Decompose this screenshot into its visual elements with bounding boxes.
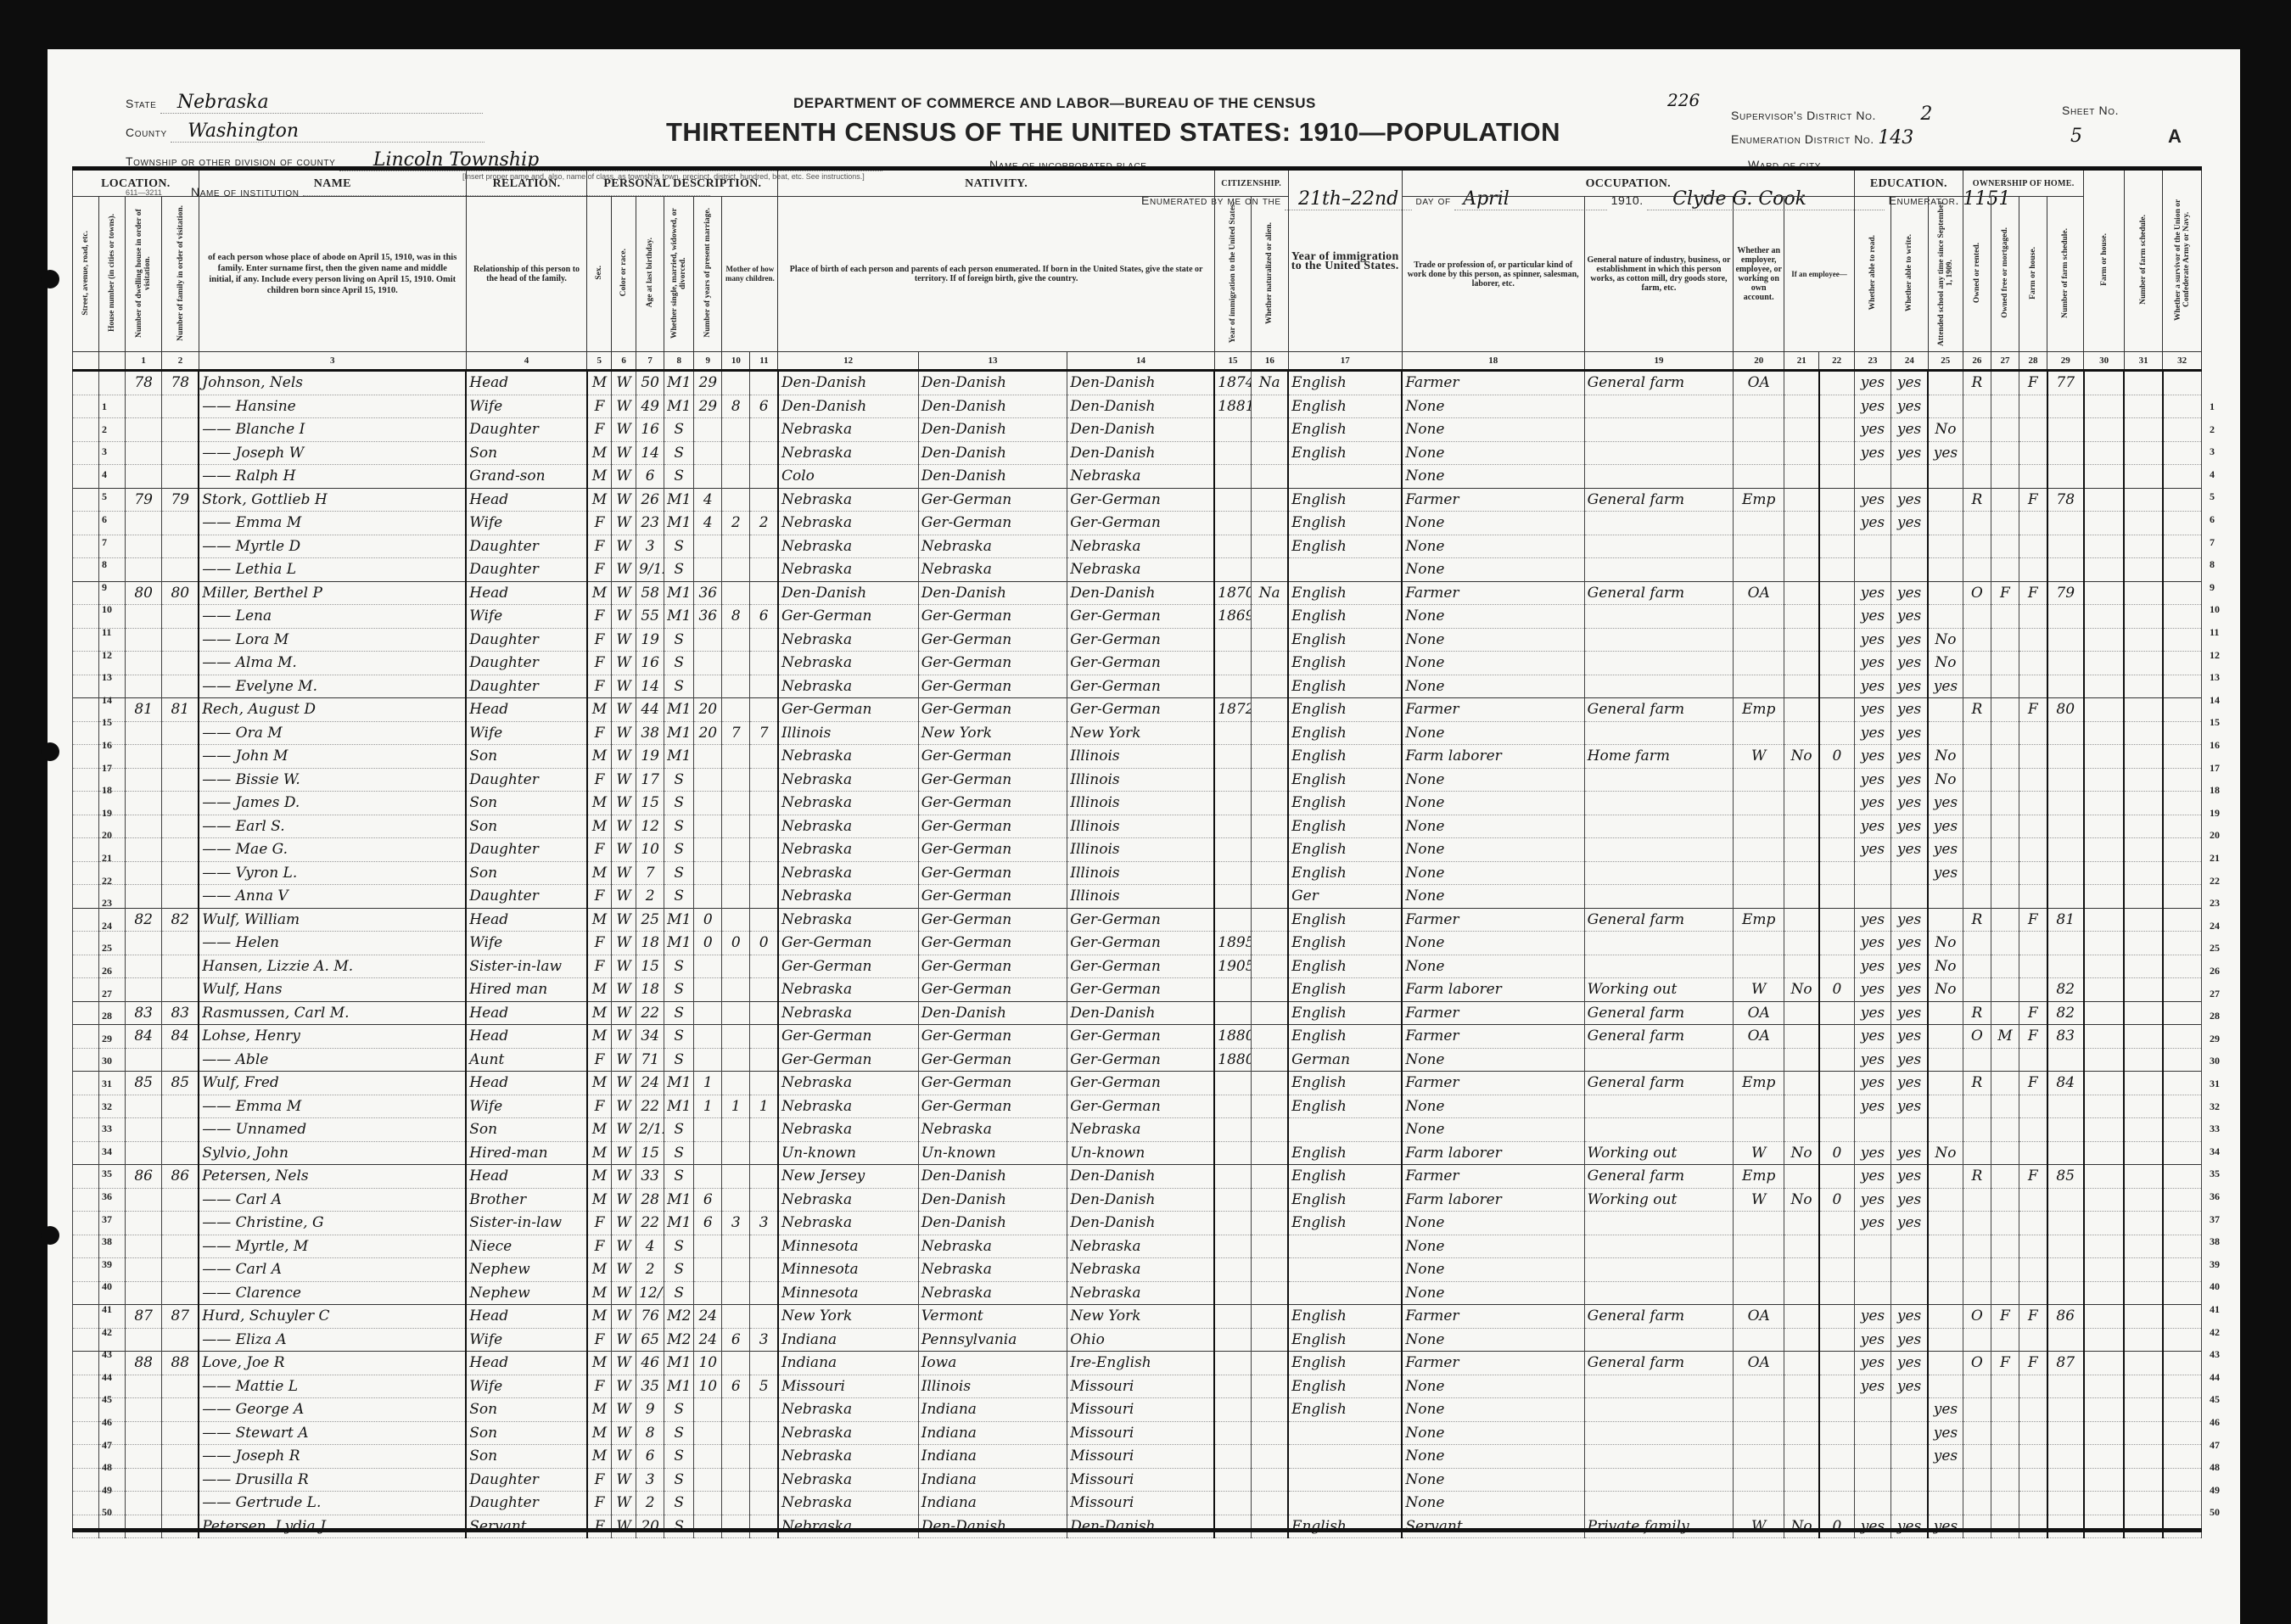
cell-race: W xyxy=(612,371,636,395)
column-number: 32 xyxy=(2163,352,2202,371)
column-number: 12 xyxy=(778,352,918,371)
cell-street xyxy=(73,1165,99,1189)
line-number: 33 xyxy=(2210,1123,2291,1135)
cell-dwelling-number: 78 xyxy=(125,371,161,395)
cell-children-born xyxy=(722,371,750,395)
cell-marital-status: M1 xyxy=(664,371,694,395)
col-17-header: Year of immigration to the United States… xyxy=(1288,169,1402,352)
cell-street xyxy=(73,488,99,512)
cell-street xyxy=(73,581,99,605)
column-number: 3 xyxy=(199,352,466,371)
cell-occupation: Farmer xyxy=(1402,371,1584,395)
cell-attended-school xyxy=(1928,371,1963,395)
line-number: 13 xyxy=(102,671,2291,684)
line-number: 17 xyxy=(102,762,2291,775)
cell-weeks-out xyxy=(1819,371,1854,395)
cell-blind xyxy=(2124,371,2162,395)
cell-street xyxy=(73,1048,99,1072)
line-number: 3 xyxy=(102,445,2291,458)
group-nativity: NATIVITY. xyxy=(778,169,1214,197)
group-name: NAME xyxy=(199,169,466,197)
column-number: 30 xyxy=(2084,352,2125,371)
line-number: 44 xyxy=(2210,1371,2291,1384)
cell-street xyxy=(73,721,99,745)
line-number: 6 xyxy=(102,513,2291,526)
line-number: 8 xyxy=(2210,558,2291,571)
column-number: 31 xyxy=(2124,352,2162,371)
cell-sex: M xyxy=(587,371,612,395)
cell-street xyxy=(73,1445,99,1469)
cell-street xyxy=(73,1188,99,1212)
line-number: 33 xyxy=(102,1123,2291,1135)
cell-family-number: 78 xyxy=(162,371,199,395)
line-number: 36 xyxy=(2210,1190,2291,1203)
col-18-header: Trade or profession of, or particular ki… xyxy=(1402,197,1584,352)
col-4-header: Relationship of this person to the head … xyxy=(466,197,587,352)
enumeration-label: Enumeration District No. xyxy=(1731,132,1874,146)
punch-hole xyxy=(41,270,59,288)
column-number: 4 xyxy=(466,352,587,371)
column-number: 20 xyxy=(1734,352,1784,371)
column-number: 11 xyxy=(750,352,778,371)
cell-street xyxy=(73,955,99,978)
line-number: 17 xyxy=(2210,762,2291,775)
column-number: 23 xyxy=(1854,352,1890,371)
column-number: 5 xyxy=(587,352,612,371)
county-field: County Washington xyxy=(126,120,485,143)
col-street-header: Street, avenue, road, etc. xyxy=(73,197,99,352)
line-number: 18 xyxy=(2210,784,2291,797)
line-number: 30 xyxy=(2210,1055,2291,1067)
cell-street xyxy=(73,1095,99,1118)
col-19-header: General nature of industry, business, or… xyxy=(1584,197,1734,352)
col-25-header: Attended school any time since September… xyxy=(1928,197,1963,352)
sheet-label: Sheet No. xyxy=(2062,104,2119,117)
cell-veteran xyxy=(2084,371,2125,395)
column-number: 18 xyxy=(1402,352,1584,371)
cell-street xyxy=(73,1001,99,1025)
line-number: 50 xyxy=(102,1506,2291,1519)
line-number: 15 xyxy=(2210,716,2291,729)
line-number: 23 xyxy=(2210,897,2291,910)
column-number: 28 xyxy=(2019,352,2047,371)
line-number: 7 xyxy=(2210,536,2291,549)
col-5-header: Sex. xyxy=(587,197,612,352)
col-6-header: Color or race. xyxy=(612,197,636,352)
cell-free-mortgaged xyxy=(1991,371,2019,395)
punch-hole xyxy=(41,1226,59,1245)
group-citizenship: CITIZENSHIP. xyxy=(1214,169,1288,197)
line-number: 21 xyxy=(2210,852,2291,865)
cell-street xyxy=(73,1515,99,1538)
line-number: 43 xyxy=(2210,1348,2291,1361)
nativity-note: Place of birth of each person and parent… xyxy=(778,197,1214,352)
line-number: 25 xyxy=(102,942,2291,955)
cell-relationship: Head xyxy=(466,371,587,395)
cell-street xyxy=(73,605,99,629)
line-number: 9 xyxy=(102,581,2291,594)
line-number: 35 xyxy=(2210,1168,2291,1180)
cell-street xyxy=(73,1258,99,1282)
cell-street xyxy=(73,1025,99,1049)
line-number: 29 xyxy=(102,1033,2291,1045)
cell-street xyxy=(73,698,99,722)
line-number: 25 xyxy=(2210,942,2291,955)
col-7-header: Age at last birthday. xyxy=(636,197,664,352)
col-29-header: Number of farm schedule. xyxy=(2047,197,2084,352)
line-number: 28 xyxy=(102,1010,2291,1022)
cell-person-name: Johnson, Nels xyxy=(199,371,466,395)
cell-street xyxy=(73,675,99,698)
enumeration-district-field: Enumeration District No. 143 xyxy=(1731,127,1971,148)
cell-immigration-year: 1874 xyxy=(1214,371,1251,395)
census-title: THIRTEENTH CENSUS OF THE UNITED STATES: … xyxy=(666,117,1560,148)
line-number: 48 xyxy=(2210,1461,2291,1474)
column-number: 29 xyxy=(2047,352,2084,371)
column-number: 2 xyxy=(162,352,199,371)
cell-age: 50 xyxy=(636,371,664,395)
line-number: 10 xyxy=(2210,603,2291,616)
col-26-header: Owned or rented. xyxy=(1963,197,1991,352)
col-32-header: Whether a survivor of the Union or Confe… xyxy=(2163,169,2202,352)
line-number: 21 xyxy=(102,852,2291,865)
cell-street xyxy=(73,512,99,535)
col-27-header: Owned free or mortgaged. xyxy=(1991,197,2019,352)
column-number: 7 xyxy=(636,352,664,371)
line-number: 34 xyxy=(102,1145,2291,1158)
column-number: 14 xyxy=(1067,352,1215,371)
column-number: 24 xyxy=(1891,352,1928,371)
line-number: 1 xyxy=(2210,400,2291,413)
line-number: 24 xyxy=(102,920,2291,932)
table-bottom-rule xyxy=(72,1528,2202,1532)
line-number: 39 xyxy=(2210,1258,2291,1271)
cell-can-read: yes xyxy=(1854,371,1890,395)
state-field: State Nebraska xyxy=(126,92,483,114)
column-number: 26 xyxy=(1963,352,1991,371)
col-28-header: Farm or house. xyxy=(2019,197,2047,352)
cell-street xyxy=(73,861,99,885)
line-number: 20 xyxy=(2210,829,2291,842)
line-number: 32 xyxy=(102,1100,2291,1113)
line-number: 48 xyxy=(102,1461,2291,1474)
line-number: 39 xyxy=(102,1258,2291,1271)
line-number: 44 xyxy=(102,1371,2291,1384)
line-number: 47 xyxy=(2210,1439,2291,1452)
group-education: EDUCATION. xyxy=(1854,169,1963,197)
group-personal: PERSONAL DESCRIPTION. xyxy=(587,169,778,197)
line-number: 12 xyxy=(102,649,2291,662)
line-number: 1 xyxy=(102,400,2291,413)
line-number: 24 xyxy=(2210,920,2291,932)
cell-street xyxy=(73,1141,99,1165)
col-1-header: Number of dwelling house in order of vis… xyxy=(125,197,161,352)
line-number: 22 xyxy=(2210,875,2291,888)
line-number: 3 xyxy=(2210,445,2291,458)
line-number: 42 xyxy=(102,1326,2291,1339)
line-number: 45 xyxy=(2210,1393,2291,1406)
punch-hole xyxy=(41,742,59,761)
cell-street xyxy=(73,768,99,792)
group-ownership: OWNERSHIP OF HOME. xyxy=(1963,169,2084,197)
line-number: 2 xyxy=(2210,423,2291,436)
column-number: 8 xyxy=(664,352,694,371)
line-number: 31 xyxy=(102,1078,2291,1090)
line-number: 47 xyxy=(102,1439,2291,1452)
page-stamp: 226 xyxy=(1667,90,1700,110)
col-20-header: Whether an employer, employee, or workin… xyxy=(1734,197,1784,352)
cell-owned-rented: R xyxy=(1963,371,1991,395)
cell-father-birthplace: Den-Danish xyxy=(918,371,1067,395)
cell-language: English xyxy=(1288,371,1402,395)
cell-street xyxy=(73,1118,99,1142)
line-number: 19 xyxy=(102,807,2291,820)
column-number: 10 xyxy=(722,352,750,371)
col-9-header: Number of years of present marriage. xyxy=(694,197,722,352)
sheet-side: A xyxy=(2168,126,2182,148)
line-number: 23 xyxy=(102,897,2291,910)
cell-deaf-dumb xyxy=(2163,371,2202,395)
column-number: 13 xyxy=(918,352,1067,371)
cell-employment-class: OA xyxy=(1734,371,1784,395)
cell-industry: General farm xyxy=(1584,371,1734,395)
line-number: 46 xyxy=(2210,1416,2291,1429)
col-3-header: of each person whose place of abode on A… xyxy=(199,197,466,352)
line-number: 4 xyxy=(102,468,2291,481)
line-number: 11 xyxy=(2210,626,2291,639)
line-number: 41 xyxy=(2210,1303,2291,1316)
column-number: 9 xyxy=(694,352,722,371)
column-number xyxy=(73,352,99,371)
line-number: 29 xyxy=(2210,1033,2291,1045)
cell-street xyxy=(73,792,99,815)
supervisor-label: Supervisor's District No. xyxy=(1731,109,1876,122)
column-number: 15 xyxy=(1214,352,1251,371)
cell-street xyxy=(73,1375,99,1398)
line-number: 12 xyxy=(2210,649,2291,662)
line-number: 31 xyxy=(2210,1078,2291,1090)
line-number: 18 xyxy=(102,784,2291,797)
col-23-header: Whether able to read. xyxy=(1854,197,1890,352)
line-number: 15 xyxy=(102,716,2291,729)
cell-street xyxy=(73,908,99,932)
cell-street xyxy=(73,1235,99,1258)
cell-street xyxy=(73,838,99,862)
state-label: State xyxy=(126,97,156,110)
cell-street xyxy=(73,652,99,675)
line-number: 41 xyxy=(102,1303,2291,1316)
column-number: 16 xyxy=(1252,352,1288,371)
cell-street xyxy=(73,745,99,769)
cell-can-write: yes xyxy=(1891,371,1928,395)
line-number: 22 xyxy=(102,875,2291,888)
line-number: 2 xyxy=(102,423,2291,436)
group-occupation: OCCUPATION. xyxy=(1402,169,1854,197)
line-number: 37 xyxy=(102,1213,2291,1226)
line-number: 38 xyxy=(2210,1235,2291,1248)
mother-of-header: Mother of how many children. xyxy=(722,197,778,352)
column-number: 17 xyxy=(1288,352,1402,371)
column-number: 27 xyxy=(1991,352,2019,371)
column-number: 21 xyxy=(1784,352,1819,371)
line-number: 19 xyxy=(2210,807,2291,820)
line-number: 27 xyxy=(102,988,2291,1000)
cell-street xyxy=(73,1072,99,1095)
cell-street xyxy=(73,1421,99,1445)
sheet-field: Sheet No. xyxy=(2062,104,2119,119)
col-31-header: Number of farm schedule. xyxy=(2124,169,2162,352)
cell-street xyxy=(73,1328,99,1352)
cell-street xyxy=(73,418,99,442)
line-number: 5 xyxy=(2210,490,2291,503)
line-number: 11 xyxy=(102,626,2291,639)
cell-farm-schedule: 77 xyxy=(2047,371,2084,395)
line-number: 8 xyxy=(102,558,2291,571)
cell-street xyxy=(73,932,99,955)
line-number: 26 xyxy=(102,965,2291,977)
department-title: DEPARTMENT OF COMMERCE AND LABOR—BUREAU … xyxy=(793,95,1316,112)
line-number: 30 xyxy=(102,1055,2291,1067)
column-number: 19 xyxy=(1584,352,1734,371)
cell-street xyxy=(73,558,99,582)
cell-years-married: 29 xyxy=(694,371,722,395)
line-number: 49 xyxy=(102,1484,2291,1497)
county-value: Washington xyxy=(171,120,485,143)
line-number: 13 xyxy=(2210,671,2291,684)
table-row: 7878Johnson, NelsHeadMW50M129Den-DanishD… xyxy=(73,371,2202,395)
line-number: 40 xyxy=(102,1280,2291,1293)
cell-street xyxy=(73,885,99,909)
cell-street xyxy=(73,1398,99,1422)
cell-mother-birthplace: Den-Danish xyxy=(1067,371,1215,395)
line-number: 27 xyxy=(2210,988,2291,1000)
col-8-header: Whether single, married, widowed, or div… xyxy=(664,197,694,352)
line-number: 42 xyxy=(2210,1326,2291,1339)
cell-street xyxy=(73,1305,99,1329)
cell-street xyxy=(73,441,99,465)
line-number: 40 xyxy=(2210,1280,2291,1293)
cell-street xyxy=(73,1212,99,1235)
col-24-header: Whether able to write. xyxy=(1891,197,1928,352)
col-house-header: House number (in cities or towns). xyxy=(98,197,125,352)
cell-street xyxy=(73,535,99,558)
county-label: County xyxy=(126,126,167,139)
line-number: 7 xyxy=(102,536,2291,549)
line-number: 16 xyxy=(2210,739,2291,752)
cell-street xyxy=(73,1281,99,1305)
supervisor-district-field: Supervisor's District No. 2 xyxy=(1731,104,1973,125)
cell-naturalization: Na xyxy=(1252,371,1288,395)
line-number: 20 xyxy=(102,829,2291,842)
cell-children-living xyxy=(750,371,778,395)
line-number: 6 xyxy=(2210,513,2291,526)
col-30-header: Farm or house. xyxy=(2084,169,2125,352)
line-number: 26 xyxy=(2210,965,2291,977)
group-location: LOCATION. xyxy=(73,169,199,197)
line-number: 43 xyxy=(102,1348,2291,1361)
line-number: 36 xyxy=(102,1190,2291,1203)
sheet-number: 5 xyxy=(2070,126,2082,147)
line-number: 28 xyxy=(2210,1010,2291,1022)
group-relation: RELATION. xyxy=(466,169,587,197)
cell-street xyxy=(73,815,99,838)
line-number: 37 xyxy=(2210,1213,2291,1226)
line-number: 14 xyxy=(2210,694,2291,707)
cell-house-number xyxy=(98,371,125,395)
cell-street xyxy=(73,1468,99,1492)
column-number: 22 xyxy=(1819,352,1854,371)
line-number: 16 xyxy=(102,739,2291,752)
cell-birthplace: Den-Danish xyxy=(778,371,918,395)
cell-street xyxy=(73,978,99,1002)
column-number: 6 xyxy=(612,352,636,371)
line-number: 14 xyxy=(102,694,2291,707)
line-number: 32 xyxy=(2210,1100,2291,1113)
line-number: 49 xyxy=(2210,1484,2291,1497)
line-number: 34 xyxy=(2210,1145,2291,1158)
column-number: 1 xyxy=(125,352,161,371)
supervisor-district: 2 xyxy=(1879,104,1973,125)
cell-farm-house: F xyxy=(2019,371,2047,395)
col-15-header: Year of immigration to the United States… xyxy=(1214,197,1251,352)
state-value: Nebraska xyxy=(160,92,483,114)
cell-street xyxy=(73,1352,99,1375)
cell-street xyxy=(73,371,99,395)
enumeration-district: 143 xyxy=(1878,127,1971,148)
line-number: 5 xyxy=(102,490,2291,503)
col-16-header: Whether naturalized or alien. xyxy=(1252,197,1288,352)
cell-street xyxy=(73,395,99,418)
line-number: 46 xyxy=(102,1416,2291,1429)
cell-street xyxy=(73,465,99,489)
employee-header: If an employee— xyxy=(1784,197,1855,352)
line-number: 9 xyxy=(2210,581,2291,594)
line-number: 10 xyxy=(102,603,2291,616)
cell-out-of-work xyxy=(1784,371,1819,395)
cell-street xyxy=(73,628,99,652)
line-number: 45 xyxy=(102,1393,2291,1406)
cell-street xyxy=(73,1492,99,1515)
line-number: 38 xyxy=(102,1235,2291,1248)
column-number: 25 xyxy=(1928,352,1963,371)
line-number: 4 xyxy=(2210,468,2291,481)
col-2-header: Number of family in order of visitation. xyxy=(162,197,199,352)
line-number: 35 xyxy=(102,1168,2291,1180)
line-number: 50 xyxy=(2210,1506,2291,1519)
column-number xyxy=(98,352,125,371)
